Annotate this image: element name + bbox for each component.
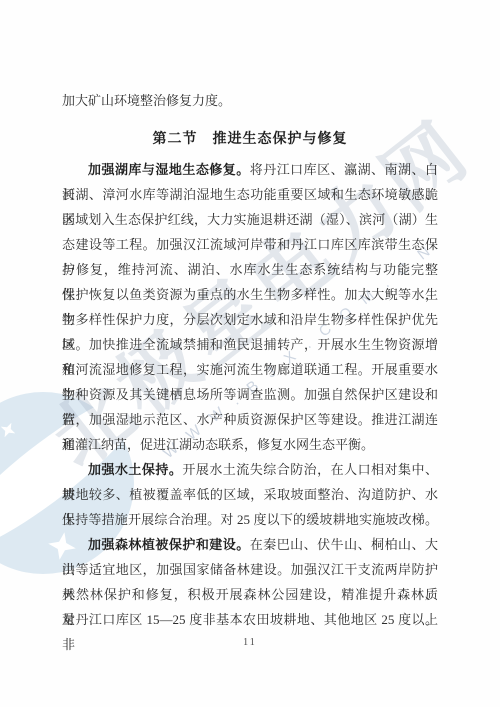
paragraph-line: 天然林保护和修复，积极开展森林公园建设，精准提升森林质量。 <box>62 582 438 607</box>
paragraph-line: 管，加强湿地示范区、水产种质资源保护区等建设。推进江湖连通 <box>62 407 438 432</box>
paragraph-line: 对丹江口库区 15—25 度非基本农田坡耕地、其他地区 25 度以上非 <box>62 607 438 632</box>
page-number: 11 <box>0 637 500 648</box>
paragraph-line: 和灌江纳苗，促进江湖动态联系，修复水网生态平衡。 <box>62 432 438 457</box>
star-icon <box>0 419 19 440</box>
paragraph-line: 与修复，维持河流、湖泊、水库水生生态系统结构与功能完整性， <box>62 257 438 282</box>
paragraph-line: 物种资源及其关键栖息场所等调查监测。加强自然保护区建设和监 <box>62 382 438 407</box>
continuation-line: 加大矿山环境整治修复力度。 <box>62 88 438 113</box>
paragraph-line: 山等适宜地区，加强国家储备林建设。加强汉江干支流两岸防护林、 <box>62 557 438 582</box>
paragraph-line: 区域划入生态保护红线，大力实施退耕还湖（湿）、滨河（湖）生 <box>62 207 438 232</box>
paragraph-line: 加强水土保持。开展水土流失综合防治，在人口相对集中、坡 <box>62 457 438 482</box>
paragraph-line: 态建设等工程。加强汉江流域河岸带和丹江口库区库滨带生态保护 <box>62 232 438 257</box>
paragraph-line: 物多样性保护力度，分层次划定水域和沿岸生物多样性保护优先区 <box>62 307 438 332</box>
paragraph-line: 域。加快推进全流域禁捕和渔民退捕转产，开展水生生物资源增殖 <box>62 332 438 357</box>
paragraph-line: 加强湖库与湿地生态修复。将丹江口库区、瀛湖、南湖、白河、 <box>62 157 438 182</box>
document-page: 北极星电力网 WWW.BJX.COM.CN 加大矿山环境整治修复力度。 第二节 … <box>0 0 500 707</box>
paragraph-line: 耕地较多、植被覆盖率低的区域，采取坡面整治、沟道防护、水土 <box>62 482 438 507</box>
paragraph-lead: 加强水土保持。 <box>88 462 182 477</box>
paragraph-line: 保护恢复以鱼类资源为重点的水生生物多样性。加大大鲵等水生生 <box>62 282 438 307</box>
paragraph-line: 保持等措施开展综合治理。对 25 度以下的缓坡耕地实施坡改梯。 <box>62 507 438 532</box>
paragraph-lead: 加强湖库与湿地生态修复。 <box>88 162 250 177</box>
paragraph-line: 和河流湿地修复工程，实施河流生物廊道联通工程。开展重要水生 <box>62 357 438 382</box>
document-body: 加大矿山环境整治修复力度。 第二节 推进生态保护与修复 加强湖库与湿地生态修复。… <box>62 88 438 632</box>
section-heading: 第二节 推进生态保护与修复 <box>62 127 438 152</box>
paragraph-line: 长湖、漳河水库等湖泊湿地生态功能重要区域和生态环境敏感脆弱 <box>62 182 438 207</box>
paragraph-line: 加强森林植被保护和建设。在秦巴山、伏牛山、桐柏山、大洪 <box>62 532 438 557</box>
paragraph-lead: 加强森林植被保护和建设。 <box>88 537 250 552</box>
